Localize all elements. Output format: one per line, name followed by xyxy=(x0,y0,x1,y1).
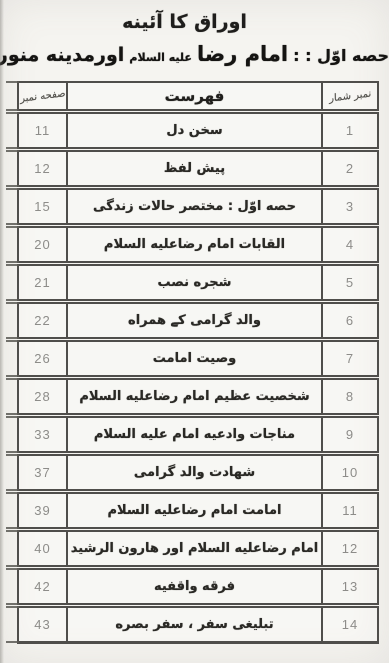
serial-number-header-cell: نمبر شمار xyxy=(323,83,377,109)
chapter-title-cell-label: حصه اوّل : مختصر حالات زندگی xyxy=(93,199,296,214)
page-number-cell: 12 xyxy=(19,152,66,185)
page-number-cell-label: 26 xyxy=(34,351,50,366)
page-number-cell: 37 xyxy=(19,456,66,489)
subtitle-imam-name: امام رضا xyxy=(197,42,288,66)
chapter-title-cell: فرقه واقفیه xyxy=(66,570,323,603)
page-number-cell: 20 xyxy=(19,228,66,261)
serial-number-cell-label: 14 xyxy=(342,617,358,632)
page-number-cell: 28 xyxy=(19,380,66,413)
serial-number-cell: 12 xyxy=(323,532,377,565)
table-of-contents: نمبر شمار فهرست صفحه نمبر 1سخن دل112پیش … xyxy=(17,81,379,645)
toc-rows: 1سخن دل112پیش لفظ123حصه اوّل : مختصر حال… xyxy=(17,112,379,644)
chapter-title-cell: امامت امام رضاعلیه السلام xyxy=(66,494,323,527)
chapter-title-cell: وصیت امامت xyxy=(66,342,323,375)
serial-number-cell: 5 xyxy=(323,266,377,299)
chapter-title-cell-label: والد گرامی کے همراه xyxy=(128,313,261,328)
page-number-cell-label: 40 xyxy=(34,541,50,556)
page-number-cell-label: 11 xyxy=(35,123,51,138)
page-number-cell: 42 xyxy=(19,570,66,603)
table-row: 13فرقه واقفیه42 xyxy=(17,568,379,605)
page-number-cell: 21 xyxy=(19,266,66,299)
serial-number-cell: 1 xyxy=(323,114,377,147)
serial-number-cell-label: 5 xyxy=(346,275,354,290)
table-row: 9مناجات وادعیه امام علیه السلام33 xyxy=(17,416,379,453)
serial-number-cell-label: 12 xyxy=(342,541,358,556)
table-row: 11امامت امام رضاعلیه السلام39 xyxy=(17,492,379,529)
table-header-row: نمبر شمار فهرست صفحه نمبر xyxy=(17,81,379,111)
chapter-title-cell-label: تبلیغی سفر ، سفر بصره xyxy=(115,617,273,632)
table-row: 12امام رضاعلیه السلام اور هارون الرشید40 xyxy=(17,530,379,567)
page-number-cell-label: 20 xyxy=(34,237,50,252)
page-number-cell: 43 xyxy=(19,608,66,641)
chapter-title-cell-label: القابات امام رضاعلیه السلام xyxy=(104,237,285,252)
page-number-cell-label: 42 xyxy=(34,579,50,594)
page-number-cell-label: 37 xyxy=(34,465,50,480)
page-number-cell-label: 43 xyxy=(34,617,50,632)
serial-number-cell-label: 8 xyxy=(346,389,354,404)
chapter-title-cell-label: پیش لفظ xyxy=(164,161,225,176)
serial-number-cell-label: 7 xyxy=(346,351,354,366)
chapter-title-cell: تبلیغی سفر ، سفر بصره xyxy=(66,608,323,641)
page-number-cell-label: 15 xyxy=(34,199,50,214)
serial-number-cell-label: 6 xyxy=(346,313,354,328)
chapter-title-cell: حصه اوّل : مختصر حالات زندگی xyxy=(66,190,323,223)
subtitle-place-name: اورمدینه منوره xyxy=(0,44,124,66)
serial-number-cell-label: 3 xyxy=(346,199,354,214)
serial-number-cell: 4 xyxy=(323,228,377,261)
serial-number-cell: 7 xyxy=(323,342,377,375)
chapter-title-cell-label: شخصیت عظیم امام رضاعلیه السلام xyxy=(79,389,309,404)
serial-number-cell: 8 xyxy=(323,380,377,413)
table-row: 4القابات امام رضاعلیه السلام20 xyxy=(17,226,379,263)
chapter-title-cell: شخصیت عظیم امام رضاعلیه السلام xyxy=(66,380,323,413)
section-subtitle: حصه اوّل : : امام رضا علیه السلام اورمدی… xyxy=(0,41,389,71)
chapter-title-cell: والد گرامی کے همراه xyxy=(66,304,323,337)
page-number-cell-label: 39 xyxy=(34,503,50,518)
serial-number-cell: 11 xyxy=(323,494,377,527)
chapter-title-cell-label: فرقه واقفیه xyxy=(154,579,235,594)
page-number-cell-label: 21 xyxy=(34,275,50,290)
chapter-title-cell: امام رضاعلیه السلام اور هارون الرشید xyxy=(66,532,323,565)
serial-number-cell-label: 2 xyxy=(346,161,354,176)
page-number-cell-label: 12 xyxy=(34,161,50,176)
page-number-cell-label: 22 xyxy=(34,313,50,328)
chapter-title-cell: شهادت والد گرامی xyxy=(66,456,323,489)
chapter-title-cell: القابات امام رضاعلیه السلام xyxy=(66,228,323,261)
serial-number-cell: 14 xyxy=(323,608,377,641)
page-number-cell-label: 33 xyxy=(34,427,50,442)
serial-number-cell-label: 4 xyxy=(346,237,354,252)
serial-number-cell: 9 xyxy=(323,418,377,451)
chapter-title-cell-label: شهادت والد گرامی xyxy=(134,465,255,480)
chapter-title-cell: مناجات وادعیه امام علیه السلام xyxy=(66,418,323,451)
chapter-title-cell-label: مناجات وادعیه امام علیه السلام xyxy=(94,427,295,442)
scanned-book-page: اوراق کا آئینه حصه اوّل : : امام رضا علی… xyxy=(0,0,389,663)
chapter-title-cell: پیش لفظ xyxy=(66,152,323,185)
table-row: 8شخصیت عظیم امام رضاعلیه السلام28 xyxy=(17,378,379,415)
serial-number-cell-label: 13 xyxy=(342,579,358,594)
page-number-cell: 33 xyxy=(19,418,66,451)
subtitle-part-label: حصه اوّل : : xyxy=(293,46,389,65)
chapter-title-cell: سخن دل xyxy=(66,114,323,147)
serial-number-cell-label: 1 xyxy=(346,123,354,138)
serial-number-cell: 2 xyxy=(323,152,377,185)
table-row: 3حصه اوّل : مختصر حالات زندگی15 xyxy=(17,188,379,225)
table-row: 14تبلیغی سفر ، سفر بصره43 xyxy=(17,606,379,644)
chapter-title-cell-label: وصیت امامت xyxy=(153,351,236,366)
page-number-cell: 15 xyxy=(19,190,66,223)
page-number-cell: 22 xyxy=(19,304,66,337)
chapter-title-cell-label: سخن دل xyxy=(166,123,222,138)
page-number-cell: 39 xyxy=(19,494,66,527)
serial-number-cell: 13 xyxy=(323,570,377,603)
page-number-header-cell: صفحه نمبر xyxy=(19,83,66,109)
contents-header-cell: فهرست xyxy=(66,83,323,109)
chapter-title-cell: شجره نصب xyxy=(66,266,323,299)
serial-number-cell: 6 xyxy=(323,304,377,337)
table-row: 6والد گرامی کے همراه22 xyxy=(17,302,379,339)
table-row: 10شهادت والد گرامی37 xyxy=(17,454,379,491)
serial-number-cell-label: 10 xyxy=(342,465,358,480)
table-row: 1سخن دل11 xyxy=(17,112,379,149)
page-number-cell-label: 28 xyxy=(34,389,50,404)
page-number-cell: 26 xyxy=(19,342,66,375)
page-number-header-label: صفحه نمبر xyxy=(20,88,66,105)
chapter-title-cell-label: امام رضاعلیه السلام اور هارون الرشید xyxy=(71,541,318,556)
book-title: اوراق کا آئینه xyxy=(0,0,379,33)
chapter-title-cell-label: امامت امام رضاعلیه السلام xyxy=(108,503,282,518)
table-row: 7وصیت امامت26 xyxy=(17,340,379,377)
contents-header-label: فهرست xyxy=(165,87,225,105)
table-row: 5شجره نصب21 xyxy=(17,264,379,301)
serial-number-header-label: نمبر شمار xyxy=(329,88,371,104)
serial-number-cell-label: 11 xyxy=(342,503,358,518)
chapter-title-cell-label: شجره نصب xyxy=(158,275,232,290)
subtitle-honorific: علیه السلام xyxy=(129,51,192,64)
page-number-cell: 11 xyxy=(19,114,66,147)
page-number-cell: 40 xyxy=(19,532,66,565)
serial-number-cell: 3 xyxy=(323,190,377,223)
table-row: 2پیش لفظ12 xyxy=(17,150,379,187)
serial-number-cell-label: 9 xyxy=(346,427,354,442)
serial-number-cell: 10 xyxy=(323,456,377,489)
